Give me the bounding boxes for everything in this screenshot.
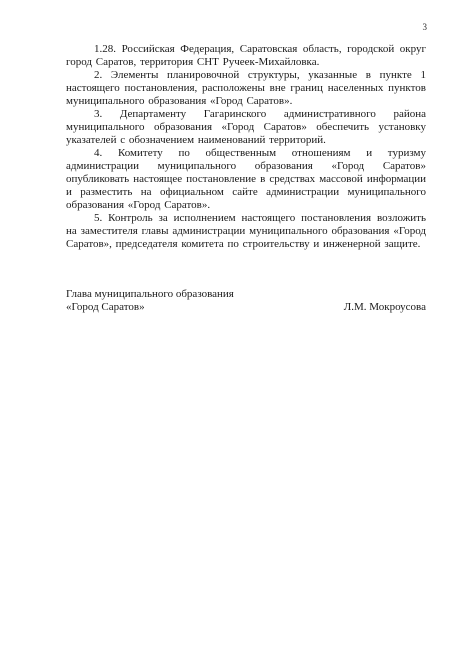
document-page: 3 1.28. Российская Федерация, Саратовска… — [0, 0, 460, 650]
paragraph-1-28: 1.28. Российская Федерация, Саратовская … — [66, 43, 426, 69]
paragraph-3: 3. Департаменту Гагаринского администрат… — [66, 108, 426, 147]
paragraph-4: 4. Комитету по общественным отношениям и… — [66, 147, 426, 212]
signature-position-line1: Глава муниципального образования — [66, 288, 426, 301]
paragraph-2: 2. Элементы планировочной структуры, ука… — [66, 69, 426, 108]
paragraph-5: 5. Контроль за исполнением настоящего по… — [66, 212, 426, 251]
signature-row: «Город Саратов» Л.М. Мокроусова — [66, 301, 426, 314]
document-body: 1.28. Российская Федерация, Саратовская … — [66, 43, 426, 314]
signature-name: Л.М. Мокроусова — [344, 301, 426, 314]
signature-position-line2: «Город Саратов» — [66, 301, 145, 314]
page-number: 3 — [423, 22, 428, 32]
signature-block: Глава муниципального образования «Город … — [66, 288, 426, 314]
